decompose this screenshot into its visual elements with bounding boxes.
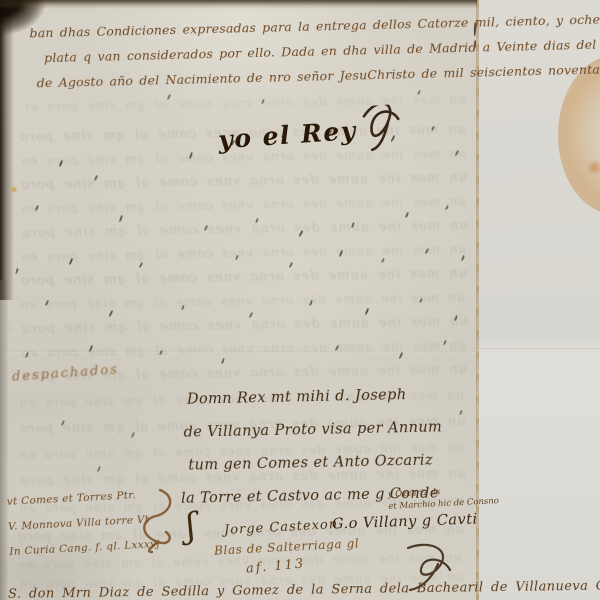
latin-line: Domn Rex mt mihi d. Joseph	[187, 378, 442, 416]
royal-signature-text: yo el Rey	[217, 116, 357, 155]
latin-line: tum gen Comes et Anto Ozcariz	[188, 444, 443, 482]
page-edge-line	[476, 0, 479, 600]
top-edge-shadow	[0, 0, 477, 9]
royal-rubric-flourish	[357, 104, 406, 153]
ink-stain-dot	[586, 160, 600, 175]
latin-line: de Villanya Proto visa per Annum	[183, 411, 442, 449]
manuscript-photo: ban dhas Condiciones expresadas para la …	[0, 0, 600, 600]
binding-shadow	[0, 280, 9, 600]
fold-crease	[477, 348, 600, 350]
margin-paraph-flourish	[136, 486, 180, 554]
closing-paragraph: ban dhas Condiciones expresadas para la …	[29, 10, 481, 96]
